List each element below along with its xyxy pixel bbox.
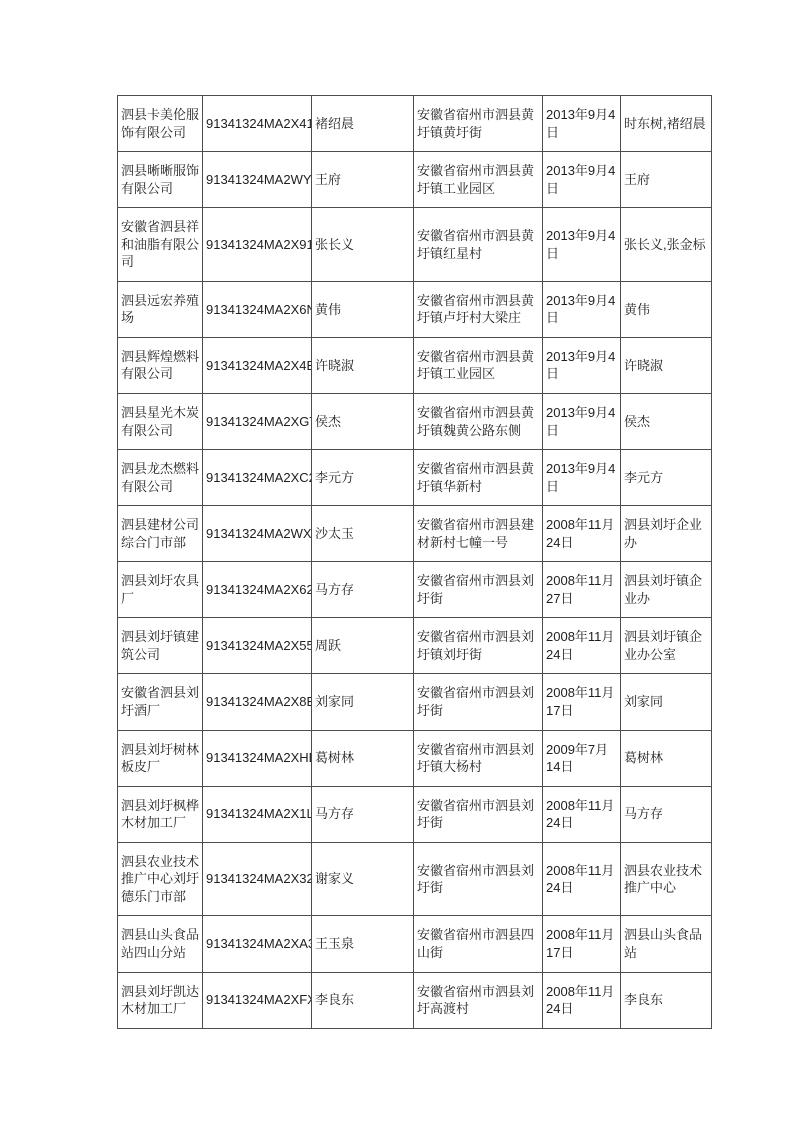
cell-credit-code: 91341324MA2X914P2Q: [203, 208, 312, 282]
cell-company: 泗县刘圩凯达木材加工厂: [118, 972, 203, 1028]
table-row: 泗县刘圩树林板皮厂91341324MA2XHBUH3E葛树林安徽省宿州市泗县刘圩…: [118, 730, 712, 786]
cell-company: 泗县卡美伦服饰有限公司: [118, 96, 203, 152]
cell-address: 安徽省宿州市泗县黄圩镇魏黄公路东侧: [414, 394, 543, 450]
cell-credit-code: 91341324MA2X55861Q: [203, 618, 312, 674]
cell-credit-code: 91341324MA2X32FG9E: [203, 842, 312, 916]
cell-company: 泗县远宏养殖场: [118, 281, 203, 337]
cell-legal-rep: 黄伟: [312, 281, 414, 337]
cell-legal-rep: 沙太玉: [312, 506, 414, 562]
cell-other: 许晓淑: [621, 337, 712, 393]
cell-address: 安徽省宿州市泗县建材新村七幢一号: [414, 506, 543, 562]
cell-credit-code: 91341324MA2X628BXN: [203, 562, 312, 618]
cell-reg-date: 2009年7月14日: [543, 730, 621, 786]
cell-address: 安徽省宿州市泗县刘圩街: [414, 786, 543, 842]
cell-address: 安徽省宿州市泗县刘圩街: [414, 842, 543, 916]
cell-credit-code: 91341324MA2XC2749A: [203, 450, 312, 506]
cell-address: 安徽省宿州市泗县刘圩镇大杨村: [414, 730, 543, 786]
cell-legal-rep: 王府: [312, 152, 414, 208]
table-row: 泗县农业技术推广中心刘圩德乐门市部91341324MA2X32FG9E谢家义安徽…: [118, 842, 712, 916]
cell-legal-rep: 李良东: [312, 972, 414, 1028]
cell-other: 马方存: [621, 786, 712, 842]
table-row: 泗县刘圩凯达木材加工厂91341324MA2XFXBK6H李良东安徽省宿州市泗县…: [118, 972, 712, 1028]
table-row: 泗县刘圩农具厂91341324MA2X628BXN马方存安徽省宿州市泗县刘圩街2…: [118, 562, 712, 618]
cell-legal-rep: 许晓淑: [312, 337, 414, 393]
cell-other: 泗县刘圩企业办: [621, 506, 712, 562]
cell-reg-date: 2008年11月24日: [543, 786, 621, 842]
table-row: 泗县晰晰服饰有限公司91341324MA2WY9MY8W王府安徽省宿州市泗县黄圩…: [118, 152, 712, 208]
cell-other: 葛树林: [621, 730, 712, 786]
cell-reg-date: 2013年9月4日: [543, 281, 621, 337]
cell-credit-code: 91341324MA2WY9MY8W: [203, 152, 312, 208]
cell-address: 安徽省宿州市泗县四山街: [414, 916, 543, 972]
cell-reg-date: 2008年11月24日: [543, 618, 621, 674]
cell-legal-rep: 谢家义: [312, 842, 414, 916]
cell-address: 安徽省宿州市泗县刘圩街: [414, 674, 543, 730]
cell-legal-rep: 李元方: [312, 450, 414, 506]
cell-credit-code: 91341324MA2XA3N774: [203, 916, 312, 972]
cell-address: 安徽省宿州市泗县黄圩镇黄圩街: [414, 96, 543, 152]
table-row: 泗县辉煌燃料有限公司91341324MA2X4EW12H许晓淑安徽省宿州市泗县黄…: [118, 337, 712, 393]
cell-reg-date: 2008年11月27日: [543, 562, 621, 618]
cell-other: 泗县农业技术推广中心: [621, 842, 712, 916]
cell-company: 泗县刘圩枫桦木材加工厂: [118, 786, 203, 842]
cell-legal-rep: 马方存: [312, 562, 414, 618]
cell-reg-date: 2008年11月24日: [543, 972, 621, 1028]
cell-reg-date: 2008年11月17日: [543, 916, 621, 972]
cell-company: 安徽省泗县刘圩酒厂: [118, 674, 203, 730]
table-row: 泗县卡美伦服饰有限公司91341324MA2X41JKX1褚绍晨安徽省宿州市泗县…: [118, 96, 712, 152]
cell-company: 泗县刘圩镇建筑公司: [118, 618, 203, 674]
cell-address: 安徽省宿州市泗县刘圩高渡村: [414, 972, 543, 1028]
cell-reg-date: 2013年9月4日: [543, 450, 621, 506]
cell-company: 泗县刘圩树林板皮厂: [118, 730, 203, 786]
cell-other: 黄伟: [621, 281, 712, 337]
table-row: 泗县山头食品站四山分站91341324MA2XA3N774王玉泉安徽省宿州市泗县…: [118, 916, 712, 972]
cell-legal-rep: 刘家同: [312, 674, 414, 730]
cell-credit-code: 91341324MA2XFXBK6H: [203, 972, 312, 1028]
cell-other: 李良东: [621, 972, 712, 1028]
cell-other: 泗县刘圩镇企业办: [621, 562, 712, 618]
business-registry-table-body: 泗县卡美伦服饰有限公司91341324MA2X41JKX1褚绍晨安徽省宿州市泗县…: [118, 96, 712, 1029]
cell-other: 泗县山头食品站: [621, 916, 712, 972]
table-row: 泗县星光木炭有限公司91341324MA2XGT9E9C侯杰安徽省宿州市泗县黄圩…: [118, 394, 712, 450]
cell-address: 安徽省宿州市泗县黄圩镇工业园区: [414, 337, 543, 393]
cell-address: 安徽省宿州市泗县刘圩街: [414, 562, 543, 618]
cell-company: 泗县晰晰服饰有限公司: [118, 152, 203, 208]
table-row: 泗县远宏养殖场91341324MA2X6N6711黄伟安徽省宿州市泗县黄圩镇卢圩…: [118, 281, 712, 337]
cell-reg-date: 2013年9月4日: [543, 337, 621, 393]
cell-reg-date: 2013年9月4日: [543, 96, 621, 152]
table-row: 安徽省泗县祥和油脂有限公司91341324MA2X914P2Q张长义安徽省宿州市…: [118, 208, 712, 282]
table-row: 泗县龙杰燃料有限公司91341324MA2XC2749A李元方安徽省宿州市泗县黄…: [118, 450, 712, 506]
cell-other: 侯杰: [621, 394, 712, 450]
document-page: 泗县卡美伦服饰有限公司91341324MA2X41JKX1褚绍晨安徽省宿州市泗县…: [0, 0, 793, 1122]
cell-other: 张长义,张金标: [621, 208, 712, 282]
cell-legal-rep: 马方存: [312, 786, 414, 842]
cell-reg-date: 2013年9月4日: [543, 152, 621, 208]
cell-address: 安徽省宿州市泗县刘圩镇刘圩街: [414, 618, 543, 674]
cell-company: 泗县星光木炭有限公司: [118, 394, 203, 450]
cell-credit-code: 91341324MA2XHBUH3E: [203, 730, 312, 786]
cell-legal-rep: 王玉泉: [312, 916, 414, 972]
cell-reg-date: 2008年11月17日: [543, 674, 621, 730]
cell-company: 泗县农业技术推广中心刘圩德乐门市部: [118, 842, 203, 916]
cell-other: 王府: [621, 152, 712, 208]
cell-other: 李元方: [621, 450, 712, 506]
table-row: 泗县建材公司综合门市部91341324MA2WXW293D沙太玉安徽省宿州市泗县…: [118, 506, 712, 562]
cell-address: 安徽省宿州市泗县黄圩镇华新村: [414, 450, 543, 506]
cell-reg-date: 2008年11月24日: [543, 506, 621, 562]
cell-legal-rep: 葛树林: [312, 730, 414, 786]
cell-credit-code: 91341324MA2X8B2FX9: [203, 674, 312, 730]
cell-credit-code: 91341324MA2X6N6711: [203, 281, 312, 337]
cell-credit-code: 91341324MA2X41JKX1: [203, 96, 312, 152]
cell-legal-rep: 侯杰: [312, 394, 414, 450]
cell-credit-code: 91341324MA2X4EW12H: [203, 337, 312, 393]
cell-credit-code: 91341324MA2X1L8R56: [203, 786, 312, 842]
business-registry-table: 泗县卡美伦服饰有限公司91341324MA2X41JKX1褚绍晨安徽省宿州市泗县…: [117, 95, 712, 1029]
cell-company: 泗县建材公司综合门市部: [118, 506, 203, 562]
cell-company: 安徽省泗县祥和油脂有限公司: [118, 208, 203, 282]
cell-address: 安徽省宿州市泗县黄圩镇卢圩村大梁庄: [414, 281, 543, 337]
cell-credit-code: 91341324MA2XGT9E9C: [203, 394, 312, 450]
cell-legal-rep: 周跃: [312, 618, 414, 674]
cell-company: 泗县辉煌燃料有限公司: [118, 337, 203, 393]
cell-other: 刘家同: [621, 674, 712, 730]
cell-company: 泗县山头食品站四山分站: [118, 916, 203, 972]
cell-credit-code: 91341324MA2WXW293D: [203, 506, 312, 562]
cell-other: 时东树,褚绍晨: [621, 96, 712, 152]
cell-legal-rep: 张长义: [312, 208, 414, 282]
cell-reg-date: 2008年11月24日: [543, 842, 621, 916]
cell-legal-rep: 褚绍晨: [312, 96, 414, 152]
table-row: 泗县刘圩枫桦木材加工厂91341324MA2X1L8R56马方存安徽省宿州市泗县…: [118, 786, 712, 842]
cell-address: 安徽省宿州市泗县黄圩镇红星村: [414, 208, 543, 282]
cell-address: 安徽省宿州市泗县黄圩镇工业园区: [414, 152, 543, 208]
table-row: 泗县刘圩镇建筑公司91341324MA2X55861Q周跃安徽省宿州市泗县刘圩镇…: [118, 618, 712, 674]
cell-company: 泗县龙杰燃料有限公司: [118, 450, 203, 506]
table-row: 安徽省泗县刘圩酒厂91341324MA2X8B2FX9刘家同安徽省宿州市泗县刘圩…: [118, 674, 712, 730]
cell-other: 泗县刘圩镇企业办公室: [621, 618, 712, 674]
cell-reg-date: 2013年9月4日: [543, 208, 621, 282]
cell-reg-date: 2013年9月4日: [543, 394, 621, 450]
cell-company: 泗县刘圩农具厂: [118, 562, 203, 618]
